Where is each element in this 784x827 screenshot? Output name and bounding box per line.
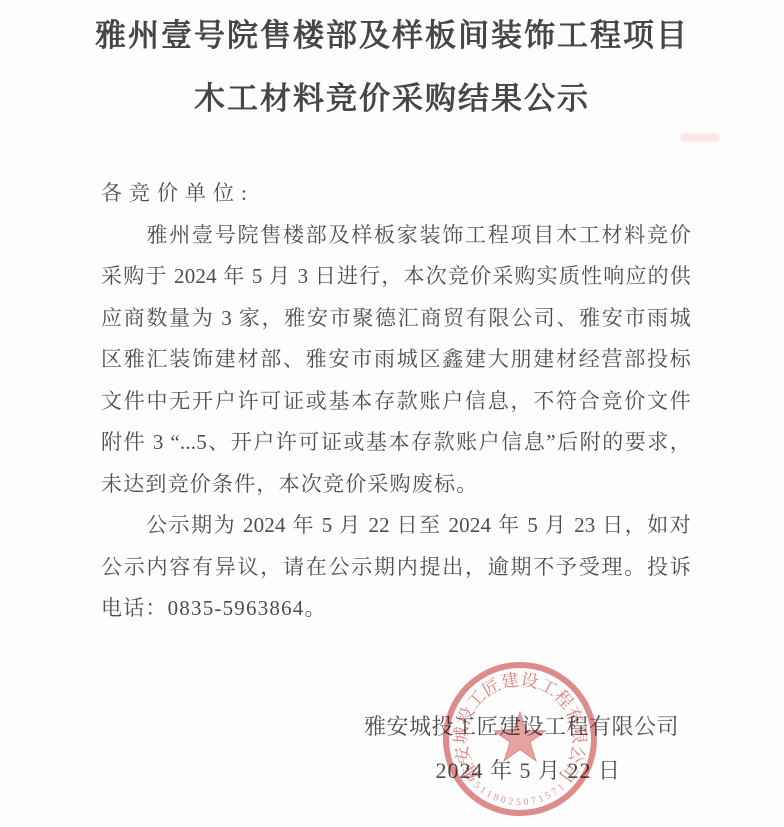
document-title-line-1: 雅州壹号院售楼部及样板间装饰工程项目	[0, 20, 784, 52]
body-line: 未达到竞价条件，本次竞价采购废标。	[101, 464, 691, 506]
document-title-line-2: 木工材料竞价采购结果公示	[0, 83, 784, 115]
body-line: 区雅汇装饰建材部、雅安市雨城区鑫建大朋建材经营部投标	[101, 339, 691, 381]
body-line: 采购于 2024 年 5 月 3 日进行，本次竞价采购实质性响应的供	[101, 256, 691, 298]
signature-block: 雅安城投工匠建设工程有限公司 2024 年 5 月 22 日	[101, 712, 691, 784]
body-line: 电话：0835-5963864。	[101, 588, 691, 630]
body-line: 附件 3 “...5、开户许可证或基本存款账户信息”后附的要求，	[101, 422, 691, 464]
body-line: 公示内容有异议，请在公示期内提出，逾期不予受理。投诉	[101, 547, 691, 589]
body-line: 雅州壹号院售楼部及样板家装饰工程项目木工材料竞价	[101, 215, 691, 257]
seal-number-text: 5118025071571	[471, 780, 569, 808]
document-title: 雅州壹号院售楼部及样板间装饰工程项目 木工材料竞价采购结果公示	[0, 20, 784, 115]
signature-date: 2024 年 5 月 22 日	[101, 758, 691, 784]
signature-company: 雅安城投工匠建设工程有限公司	[101, 712, 691, 742]
paragraph: 各竞价单位:	[101, 173, 691, 215]
body-line: 文件中无开户许可证或基本存款账户信息，不符合竞价文件	[101, 381, 691, 423]
scan-smudge	[680, 133, 720, 142]
paragraph: 公示期为 2024 年 5 月 22 日至 2024 年 5 月 23 日，如对…	[101, 505, 691, 630]
body-line: 应商数量为 3 家，雅安市聚德汇商贸有限公司、雅安市雨城	[101, 298, 691, 340]
svg-text:5118025071571: 5118025071571	[471, 780, 569, 808]
document-page: 雅州壹号院售楼部及样板间装饰工程项目 木工材料竞价采购结果公示 各竞价单位: 雅…	[0, 0, 784, 827]
body-line: 各竞价单位:	[101, 173, 691, 215]
document-body: 各竞价单位: 雅州壹号院售楼部及样板家装饰工程项目木工材料竞价采购于 2024 …	[101, 173, 691, 630]
body-line: 公示期为 2024 年 5 月 22 日至 2024 年 5 月 23 日，如对	[101, 505, 691, 547]
paragraph: 雅州壹号院售楼部及样板家装饰工程项目木工材料竞价采购于 2024 年 5 月 3…	[101, 215, 691, 506]
